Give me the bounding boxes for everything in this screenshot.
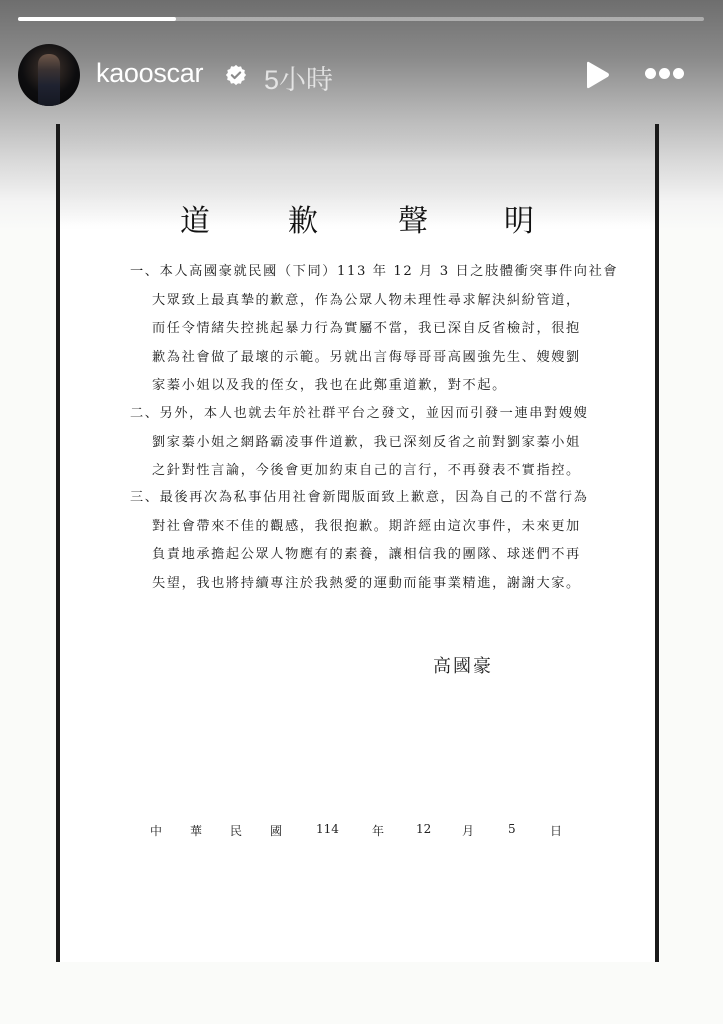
text-line: 失望，我也將持續專注於我熱愛的運動而能事業精進，謝謝大家。 <box>130 570 590 599</box>
avatar[interactable] <box>18 44 80 106</box>
paragraph-2: 二、另外，本人也就去年於社群平台之發文，並因而引發一連串對嫂嫂 劉家蓁小姐之網路… <box>130 400 590 486</box>
date-part: 中 <box>150 822 162 839</box>
document-title: 道 歉 聲 明 <box>58 196 660 236</box>
text-line: 二、另外，本人也就去年於社群平台之發文，並因而引發一連串對嫂嫂 <box>130 400 590 429</box>
date-part: 年 <box>372 822 384 839</box>
title-char: 道 <box>180 196 210 240</box>
text-line: 家蓁小姐以及我的侄女，我也在此鄭重道歉，對不起。 <box>130 372 590 401</box>
text-line: 三、最後再次為私事佔用社會新聞版面致上歉意，因為自己的不當行為 <box>130 484 590 513</box>
date-part: 月 <box>462 822 474 839</box>
title-char: 歉 <box>288 196 318 240</box>
document-date: 中 華 民 國 114 年 12 月 5 日 <box>150 822 570 842</box>
post-time: 5小時 <box>264 58 333 97</box>
paragraph-3: 三、最後再次為私事佔用社會新聞版面致上歉意，因為自己的不當行為 對社會帶來不佳的… <box>130 484 590 598</box>
story-progress-fill <box>18 17 176 21</box>
signature: 高國豪 <box>433 652 493 678</box>
text-line: 歉為社會做了最壞的示範。另就出言侮辱哥哥高國強先生、嫂嫂劉 <box>130 344 590 373</box>
username[interactable]: kaooscar <box>96 58 203 89</box>
play-icon[interactable] <box>583 60 611 90</box>
date-part: 華 <box>190 822 202 839</box>
avatar-photo <box>38 54 60 106</box>
date-part: 114 <box>316 822 339 836</box>
text-line: 對社會帶來不佳的觀感，我很抱歉。期許經由這次事件，未來更加 <box>130 513 590 542</box>
story-progress-bar <box>18 17 704 21</box>
date-part: 12 <box>416 822 431 836</box>
title-char: 聲 <box>398 196 428 240</box>
paragraph-1: 一、本人高國豪就民國（下同）113 年 12 月 3 日之肢體衝突事件向社會 大… <box>130 258 590 401</box>
more-options-icon[interactable] <box>645 66 687 82</box>
verified-badge-icon <box>225 64 247 86</box>
apology-statement: 道 歉 聲 明 一、本人高國豪就民國（下同）113 年 12 月 3 日之肢體衝… <box>58 124 660 962</box>
text-line: 一、本人高國豪就民國（下同）113 年 12 月 3 日之肢體衝突事件向社會 <box>130 258 590 287</box>
date-part: 5 <box>508 822 516 836</box>
text-line: 而任令情緒失控挑起暴力行為實屬不當，我已深自反省檢討，很抱 <box>130 315 590 344</box>
story-header: kaooscar 5小時 <box>18 44 708 106</box>
date-part: 民 <box>230 822 242 839</box>
text-line: 劉家蓁小姐之網路霸凌事件道歉，我已深刻反省之前對劉家蓁小姐 <box>130 429 590 458</box>
title-char: 明 <box>504 196 534 240</box>
date-part: 國 <box>270 822 282 839</box>
text-line: 大眾致上最真摯的歉意，作為公眾人物未理性尋求解決糾紛管道， <box>130 287 590 316</box>
text-line: 負責地承擔起公眾人物應有的素養，讓相信我的團隊、球迷們不再 <box>130 541 590 570</box>
date-part: 日 <box>550 822 562 839</box>
text-line: 之針對性言論，今後會更加約束自己的言行，不再發表不實指控。 <box>130 457 590 486</box>
